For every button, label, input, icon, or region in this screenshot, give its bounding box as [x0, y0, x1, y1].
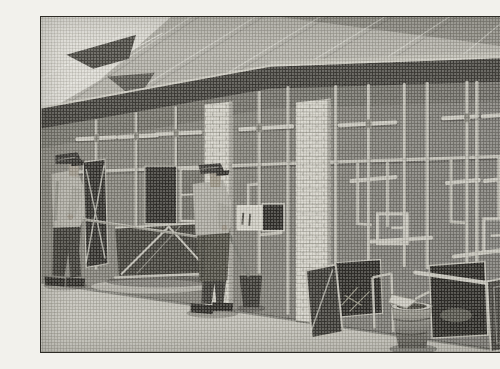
- photo-canvas: [41, 17, 500, 352]
- halftone-grain-light: [41, 17, 500, 352]
- boiler-room-photo: [40, 16, 500, 353]
